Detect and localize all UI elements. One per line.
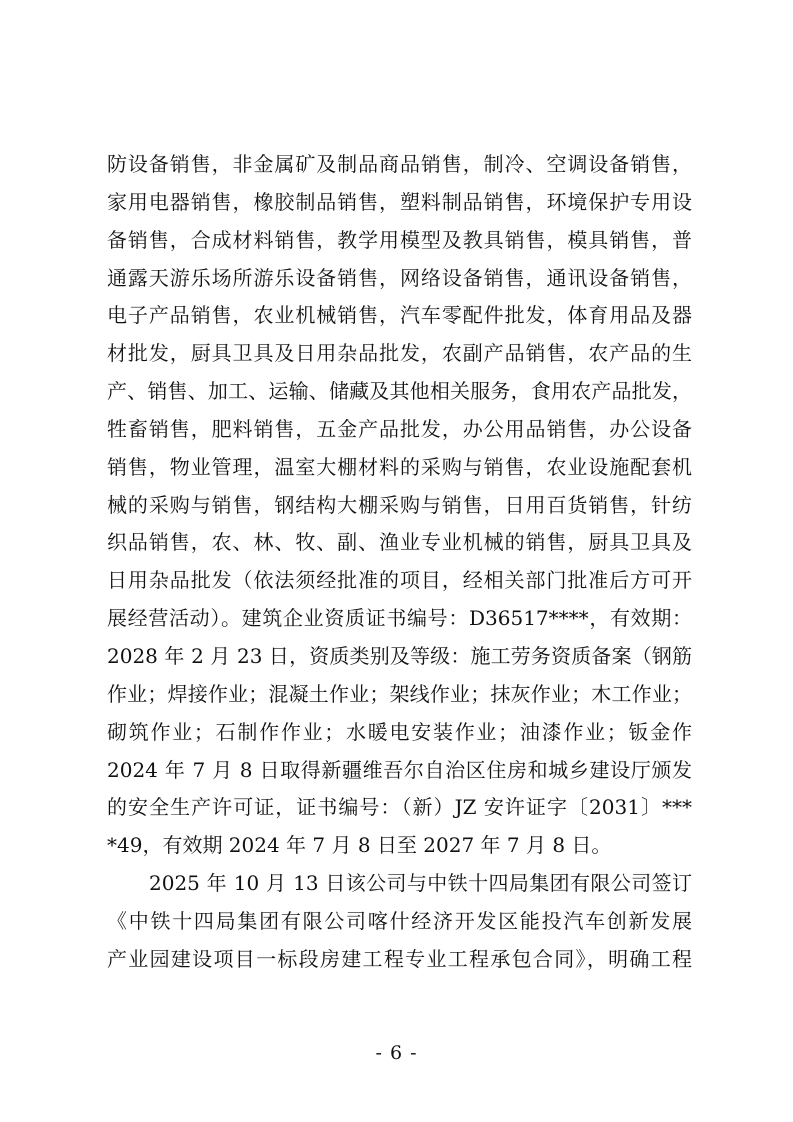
paragraph-business-scope-and-qualifications: 防设备销售，非金属矿及制品商品销售，制冷、空调设备销售， 家用电器销售，橡胶制品… bbox=[107, 146, 692, 865]
text-line: 的安全生产许可证，证书编号：（新）JZ 安许证字〔2031〕*** bbox=[107, 789, 692, 827]
text-line: 产业园建设项目一标段房建工程专业工程承包合同》，明确工程 bbox=[107, 941, 692, 979]
text-line: 砌筑作业；石制作作业；水暖电安装作业；油漆作业；钣金作业）。 bbox=[107, 714, 692, 752]
text-line: 械的采购与销售，钢结构大棚采购与销售，日用百货销售，针纺 bbox=[107, 487, 692, 525]
text-line: *49，有效期 2024 年 7 月 8 日至 2027 年 7 月 8 日。 bbox=[107, 827, 692, 865]
text-line: 备销售，合成材料销售，教学用模型及教具销售，模具销售，普 bbox=[107, 222, 692, 260]
text-line: 销售，物业管理，温室大棚材料的采购与销售，农业设施配套机 bbox=[107, 449, 692, 487]
text-line: 《中铁十四局集团有限公司喀什经济开发区能投汽车创新发展 bbox=[107, 903, 692, 941]
paragraph-contract-signing: 2025 年 10 月 13 日该公司与中铁十四局集团有限公司签订 《中铁十四局… bbox=[107, 865, 692, 979]
text-line: 材批发，厨具卫具及日用杂品批发，农副产品销售，农产品的生 bbox=[107, 335, 692, 373]
text-line: 通露天游乐场所游乐设备销售，网络设备销售，通讯设备销售， bbox=[107, 260, 692, 298]
text-line: 电子产品销售，农业机械销售，汽车零配件批发，体育用品及器 bbox=[107, 297, 692, 335]
text-line: 牲畜销售，肥料销售，五金产品批发，办公用品销售，办公设备 bbox=[107, 411, 692, 449]
body-text: 防设备销售，非金属矿及制品商品销售，制冷、空调设备销售， 家用电器销售，橡胶制品… bbox=[107, 146, 692, 979]
text-line: 作业；焊接作业；混凝土作业；架线作业；抹灰作业；木工作业； bbox=[107, 676, 692, 714]
document-page: 防设备销售，非金属矿及制品商品销售，制冷、空调设备销售， 家用电器销售，橡胶制品… bbox=[0, 0, 793, 1122]
text-line: 织品销售，农、林、牧、副、渔业专业机械的销售，厨具卫具及 bbox=[107, 524, 692, 562]
text-line: 产、销售、加工、运输、储藏及其他相关服务，食用农产品批发， bbox=[107, 373, 692, 411]
text-line: 家用电器销售，橡胶制品销售，塑料制品销售，环境保护专用设 bbox=[107, 184, 692, 222]
text-line: 2025 年 10 月 13 日该公司与中铁十四局集团有限公司签订 bbox=[107, 865, 692, 903]
text-line: 2024 年 7 月 8 日取得新疆维吾尔自治区住房和城乡建设厅颁发 bbox=[107, 752, 692, 790]
text-line: 日用杂品批发（依法须经批准的项目，经相关部门批准后方可开 bbox=[107, 562, 692, 600]
text-line: 展经营活动）。建筑企业资质证书编号：D36517****，有效期： bbox=[107, 600, 692, 638]
page-number: - 6 - bbox=[0, 1040, 793, 1066]
text-line: 防设备销售，非金属矿及制品商品销售，制冷、空调设备销售， bbox=[107, 146, 692, 184]
text-line: 2028 年 2 月 23 日，资质类别及等级：施工劳务资质备案（钢筋 bbox=[107, 638, 692, 676]
